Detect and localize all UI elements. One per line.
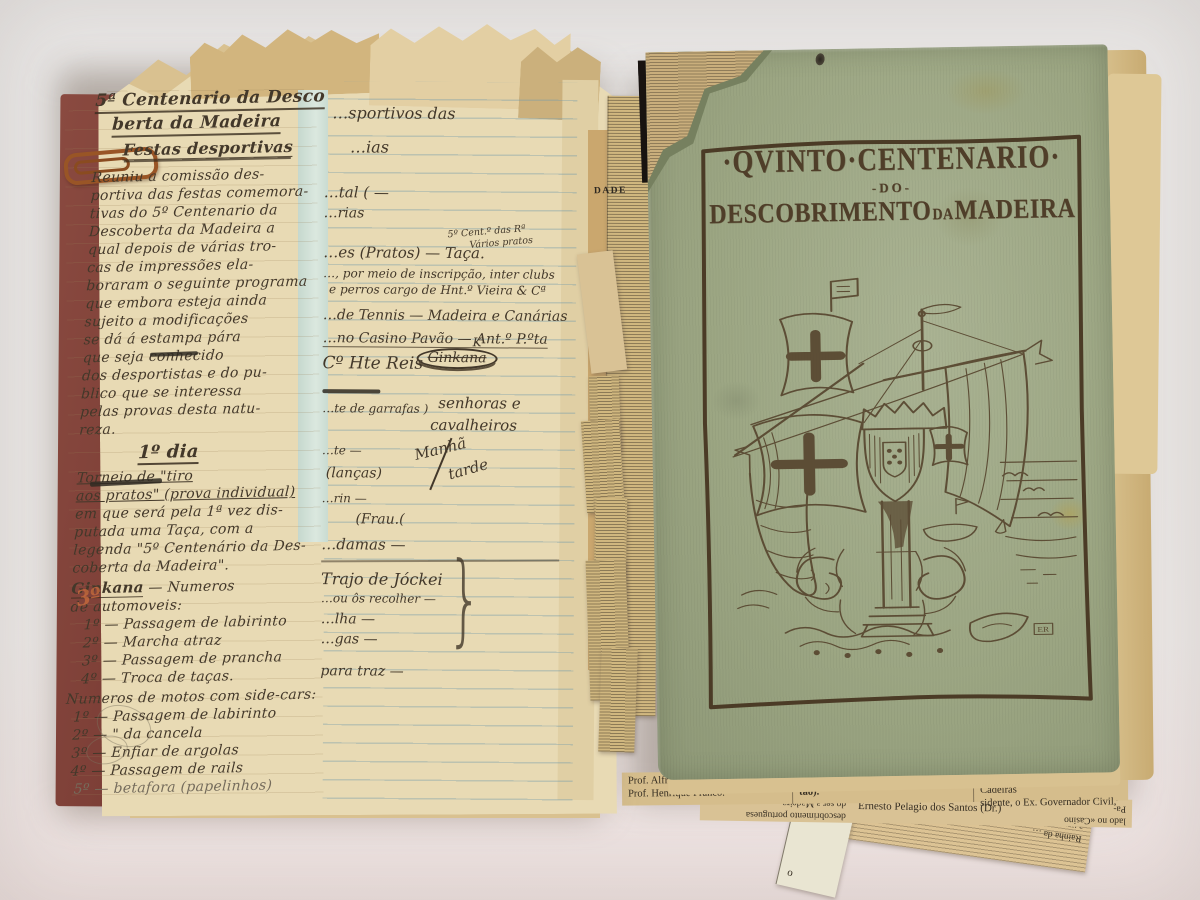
flag <box>831 279 858 311</box>
artist-monogram: ER <box>1034 623 1053 634</box>
caravel-illustration: ER <box>707 259 1086 661</box>
fragment: …te — <box>322 443 362 457</box>
fragment: …te de garrafas ) <box>322 401 428 416</box>
manuscript-subtitle: Festas desportivas <box>122 137 293 161</box>
fragment: …lha — <box>321 611 375 627</box>
fragment: …de Tennis — Madeira e Canárias <box>323 307 568 325</box>
text-line: 4º — Troca de taças. <box>81 666 306 689</box>
fragment: …sportivos das <box>332 103 455 123</box>
title-word: MADEIRA <box>954 194 1075 226</box>
fragment: …gas — <box>321 631 378 647</box>
handwritten-brace <box>447 540 483 657</box>
booklet: ·QVINTO·CENTENARIO· -DO- DESCOBRIMENTODA… <box>645 44 1146 804</box>
ginkana-rest: — Numeros <box>143 578 235 596</box>
fragment: …ou ôs recolher — <box>321 591 436 606</box>
newspaper-clipping <box>598 647 638 752</box>
manuscript-title-line: 5ª Centenario da Desco <box>95 85 326 114</box>
fragment: …damas — <box>321 535 405 554</box>
fragment: …es (Pratos) — Taça. <box>323 243 485 262</box>
fragment: …, por meio de inscripção, inter clubs <box>323 266 555 282</box>
fragment: senhoras e <box>438 394 521 413</box>
auto-items: 1º — Passagem de labirinto2º — Marcha at… <box>81 612 308 689</box>
fragment: (lanças) <box>326 465 382 481</box>
booklet-cover: ·QVINTO·CENTENARIO· -DO- DESCOBRIMENTODA… <box>645 44 1120 780</box>
fragment: …tal ( — <box>324 183 389 201</box>
coat-of-arms-shield <box>864 428 925 501</box>
fragment-circled: Ginkana <box>417 348 498 370</box>
day-heading: 1º dia <box>137 441 199 465</box>
cover-title-block: ·QVINTO·CENTENARIO· -DO- DESCOBRIMENTODA… <box>693 141 1090 230</box>
pencil-note: 5º — betafora (papelinhos) <box>73 776 300 799</box>
fragment: para traz — <box>320 663 403 680</box>
fragment: tarde <box>446 455 490 483</box>
notebook-fragments: …sportivos das …ias …tal ( — …rias 5º Ce… <box>320 87 571 801</box>
fragment: …ias <box>350 137 389 156</box>
crown <box>862 401 947 429</box>
fore-sail-with-cross <box>780 313 853 395</box>
title-word-small: DA <box>932 206 954 224</box>
fragment: (Frau.( <box>355 511 404 527</box>
baroque-scroll-left <box>796 548 855 635</box>
ink-strikethrough <box>322 389 380 393</box>
fragment: Trajo de Jóckei <box>321 569 443 589</box>
fragment: …rin — <box>322 491 367 505</box>
clipping-char: o <box>786 866 794 879</box>
intro-paragraph: Reuniu a comissão des-portiva das festas… <box>79 164 330 439</box>
stern-hull <box>923 498 977 541</box>
fragment: K <box>473 335 482 349</box>
manuscript-title-line: berta da Madeira <box>112 110 282 138</box>
fragment: e perros cargo de Hnt.º Vieira & Cª <box>329 282 546 298</box>
orange-crayon-marker: 3º <box>74 582 103 611</box>
photo-scene: 5ª Centenario da Desco berta da Madeira … <box>0 0 1200 900</box>
fragment: …rias <box>324 205 365 221</box>
seagull-icons <box>1003 472 1063 516</box>
fragment: …no Casino Pavão — Ant.º P.ºta <box>323 330 548 349</box>
fragment: Cº Hte Reis <box>322 353 423 374</box>
title-word: DESCOBRIMENTO <box>709 196 932 230</box>
manuscript-stack: 5ª Centenario da Desco berta da Madeira … <box>0 0 620 900</box>
spars-and-rigging <box>731 354 1025 457</box>
monogram-text: ER <box>1037 625 1049 634</box>
cover-title-line1: ·QVINTO·CENTENARIO· <box>693 137 1090 181</box>
small-boat <box>995 520 1006 534</box>
text-line: descobrimento portuguesa <box>706 806 846 820</box>
page-crease-line <box>321 560 559 563</box>
stain <box>946 68 1027 115</box>
text-line: coberta da Madeira". <box>72 555 311 578</box>
masthead-text-fragment: DADE <box>594 186 627 197</box>
fragment: cavalheiros <box>430 416 517 435</box>
sea-horizon <box>994 461 1078 584</box>
worm-hole <box>815 53 826 66</box>
baroque-scroll-right <box>912 547 967 636</box>
